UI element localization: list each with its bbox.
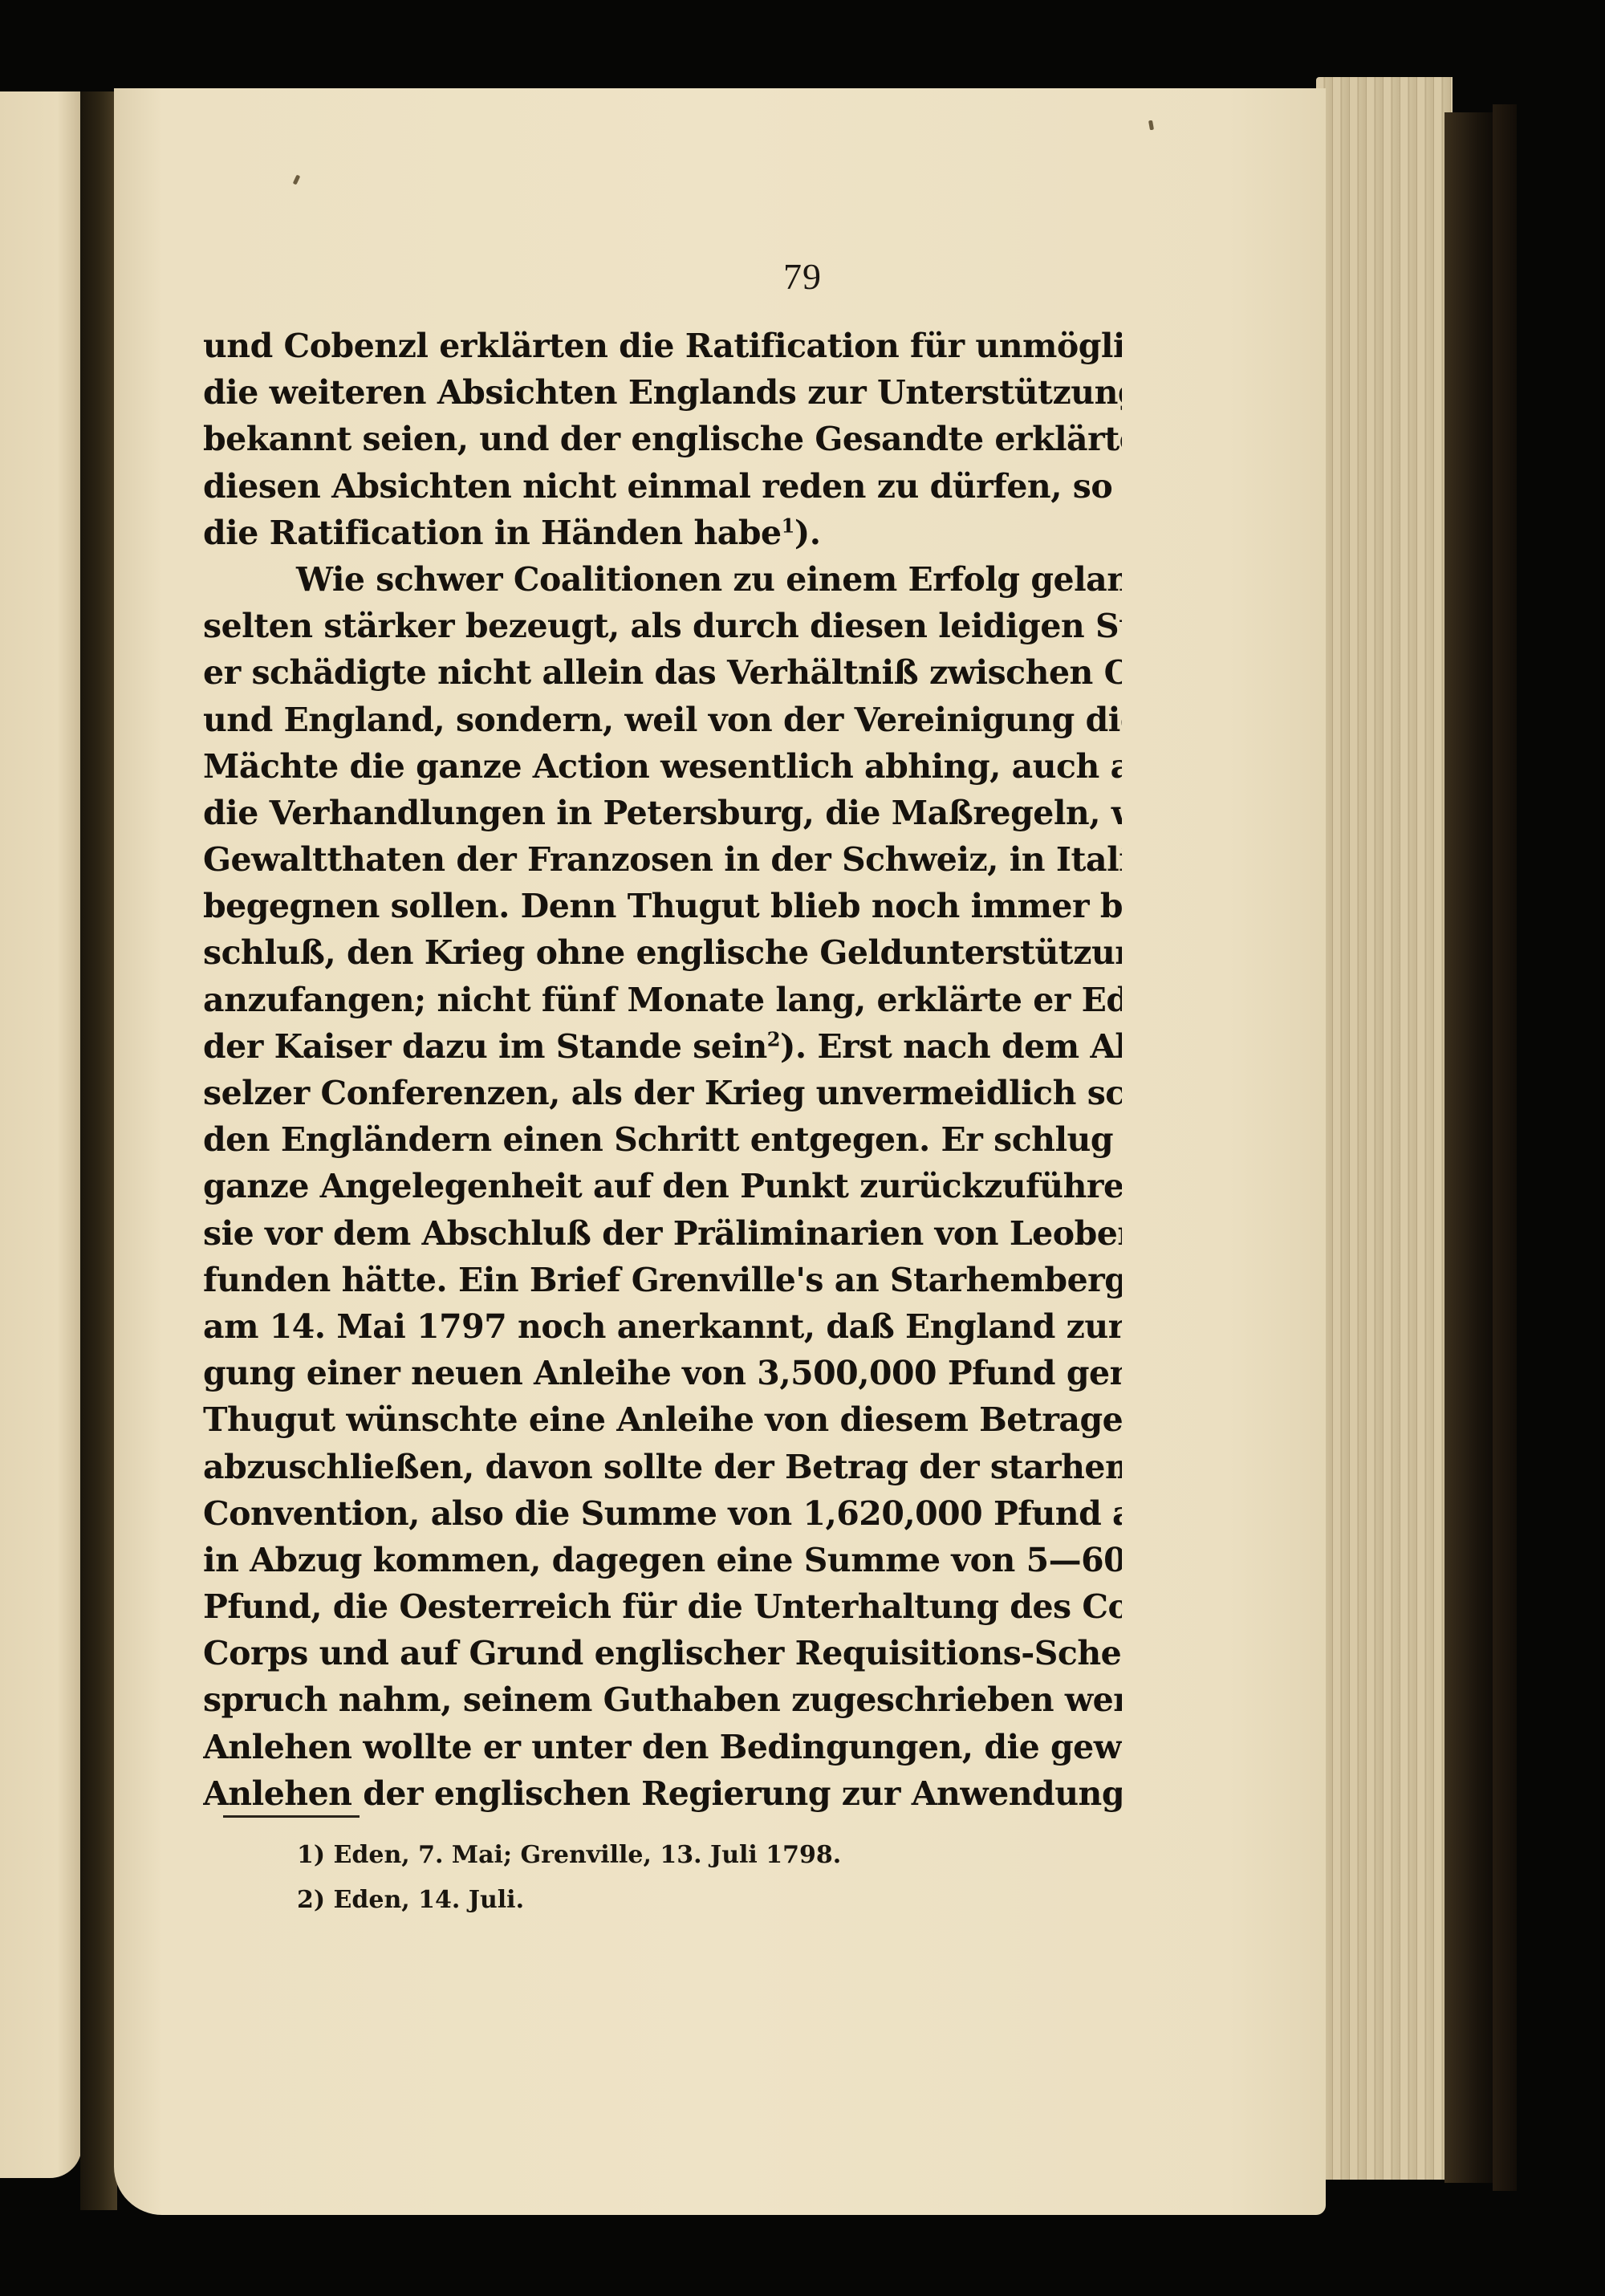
text-line-content: diesen Absichten nicht einmal reden zu d…: [203, 467, 1122, 506]
text-line-content: Thugut wünschte eine Anleihe von diesem …: [203, 1400, 1122, 1439]
text-line: bekannt seien, und der englische Gesandt…: [203, 416, 1122, 462]
page-number: 79: [0, 255, 1605, 298]
footnote: 1) Eden, 7. Mai; Grenville, 13. Juli 179…: [297, 1833, 841, 1878]
text-line: Corps und auf Grund englischer Requisiti…: [203, 1630, 1122, 1676]
text-line: der Kaiser dazu im Stande sein2). Erst n…: [203, 1023, 1122, 1070]
text-line: Gewaltthaten der Franzosen in der Schwei…: [203, 836, 1122, 883]
text-line-content: am 14. Mai 1797 noch anerkannt, daß Engl…: [203, 1307, 1122, 1346]
text-line-content: Corps und auf Grund englischer Requisiti…: [203, 1634, 1122, 1672]
text-line-content: Wie schwer Coalitionen zu einem Erfolg g…: [296, 560, 1122, 599]
text-line-content: spruch nahm, seinem Guthaben zugeschrieb…: [203, 1680, 1122, 1719]
text-line: selzer Conferenzen, als der Krieg unverm…: [203, 1070, 1122, 1116]
text-line: am 14. Mai 1797 noch anerkannt, daß Engl…: [203, 1303, 1122, 1350]
text-line: und Cobenzl erklärten die Ratification f…: [203, 323, 1122, 369]
footnote-text: Eden, 7. Mai; Grenville, 13. Juli 1798.: [334, 1841, 842, 1869]
text-line-tail: ).: [794, 514, 821, 552]
text-line: anzufangen; nicht fünf Monate lang, erkl…: [203, 977, 1122, 1023]
footnote: 2) Eden, 14. Juli.: [297, 1878, 841, 1923]
text-line: ganze Angelegenheit auf den Punkt zurück…: [203, 1163, 1122, 1209]
text-line: Thugut wünschte eine Anleihe von diesem …: [203, 1396, 1122, 1443]
text-line: funden hätte. Ein Brief Grenville's an S…: [203, 1257, 1122, 1303]
text-line: spruch nahm, seinem Guthaben zugeschrieb…: [203, 1676, 1122, 1723]
text-line: sie vor dem Abschluß der Präliminarien v…: [203, 1210, 1122, 1257]
text-line-content: die Ratification in Händen habe: [203, 514, 782, 552]
text-line: Anlehen der englischen Regierung zur Anw…: [203, 1770, 1122, 1817]
previous-page-edge: [0, 91, 82, 2178]
text-line-content: selzer Conferenzen, als der Krieg unverm…: [203, 1074, 1122, 1112]
text-line-content: der Kaiser dazu im Stande sein: [203, 1027, 767, 1066]
text-line-content: und Cobenzl erklärten die Ratification f…: [203, 327, 1122, 365]
text-line-content: Convention, also die Summe von 1,620,000…: [203, 1494, 1122, 1533]
footnote-marker: 2): [297, 1886, 334, 1914]
text-line: gung einer neuen Anleihe von 3,500,000 P…: [203, 1350, 1122, 1396]
text-line: Anlehen wollte er unter den Bedingungen,…: [203, 1724, 1122, 1770]
book-scan: 79 und Cobenzl erklärten die Ratificatio…: [0, 0, 1605, 2296]
footnote-text: Eden, 14. Juli.: [334, 1886, 525, 1914]
text-line: die weiteren Absichten Englands zur Unte…: [203, 369, 1122, 416]
text-line-content: Anlehen wollte er unter den Bedingungen,…: [203, 1728, 1122, 1766]
text-line-content: selten stärker bezeugt, als durch diesen…: [203, 607, 1122, 645]
paper-speck: [293, 175, 301, 185]
text-line-content: bekannt seien, und der englische Gesandt…: [203, 420, 1122, 458]
text-line-content: die weiteren Absichten Englands zur Unte…: [203, 373, 1122, 412]
text-line: Mächte die ganze Action wesentlich abhin…: [203, 743, 1122, 790]
text-line: Pfund, die Oesterreich für die Unterhalt…: [203, 1583, 1122, 1630]
text-line: abzuschließen, davon sollte der Betrag d…: [203, 1444, 1122, 1490]
text-line-content: begegnen sollen. Denn Thugut blieb noch …: [203, 887, 1122, 925]
text-line-content: die Verhandlungen in Petersburg, die Maß…: [203, 794, 1122, 832]
text-line-content: Gewaltthaten der Franzosen in der Schwei…: [203, 840, 1122, 879]
text-line-content: Mächte die ganze Action wesentlich abhin…: [203, 747, 1122, 786]
footnote-divider: [223, 1815, 360, 1818]
text-line-content: anzufangen; nicht fünf Monate lang, erkl…: [203, 981, 1122, 1019]
text-line: in Abzug kommen, dagegen eine Summe von …: [203, 1537, 1122, 1583]
book-cover-edge: [1493, 104, 1517, 2191]
page-block-edges: [1316, 77, 1453, 2180]
text-line-content: gung einer neuen Anleihe von 3,500,000 P…: [203, 1354, 1122, 1392]
text-line-content: ganze Angelegenheit auf den Punkt zurück…: [203, 1167, 1122, 1205]
text-line-tail: ). Erst nach dem Abbruch der: [780, 1027, 1122, 1066]
text-line: die Verhandlungen in Petersburg, die Maß…: [203, 790, 1122, 836]
text-line-content: Pfund, die Oesterreich für die Unterhalt…: [203, 1587, 1122, 1626]
paper-speck: [1148, 120, 1154, 131]
text-line-content: den Engländern einen Schritt entgegen. E…: [203, 1120, 1122, 1159]
text-line: den Engländern einen Schritt entgegen. E…: [203, 1116, 1122, 1163]
text-line-content: sie vor dem Abschluß der Präliminarien v…: [203, 1214, 1122, 1253]
footnote-marker: 1): [297, 1841, 334, 1869]
text-line-content: und England, sondern, weil von der Verei…: [203, 701, 1122, 739]
text-line: und England, sondern, weil von der Verei…: [203, 697, 1122, 743]
text-line: schluß, den Krieg ohne englische Geldunt…: [203, 929, 1122, 976]
text-line-content: abzuschließen, davon sollte der Betrag d…: [203, 1448, 1122, 1486]
text-line-content: funden hätte. Ein Brief Grenville's an S…: [203, 1261, 1122, 1299]
text-line: diesen Absichten nicht einmal reden zu d…: [203, 463, 1122, 510]
footnote-reference: 2: [767, 1027, 780, 1050]
text-line: begegnen sollen. Denn Thugut blieb noch …: [203, 883, 1122, 929]
footnotes: 1) Eden, 7. Mai; Grenville, 13. Juli 179…: [297, 1833, 841, 1923]
text-line: Convention, also die Summe von 1,620,000…: [203, 1490, 1122, 1537]
text-line: die Ratification in Händen habe1).: [203, 510, 1122, 556]
footnote-reference: 1: [782, 514, 794, 537]
text-line-content: schluß, den Krieg ohne englische Geldunt…: [203, 933, 1122, 972]
text-line-content: er schädigte nicht allein das Verhältniß…: [203, 653, 1122, 692]
text-line: Wie schwer Coalitionen zu einem Erfolg g…: [203, 556, 1122, 603]
book-gutter: [80, 91, 117, 2210]
text-line: er schädigte nicht allein das Verhältniß…: [203, 649, 1122, 696]
text-line: selten stärker bezeugt, als durch diesen…: [203, 603, 1122, 649]
text-line-content: in Abzug kommen, dagegen eine Summe von …: [203, 1541, 1122, 1579]
body-text: und Cobenzl erklärten die Ratification f…: [203, 323, 1122, 1817]
text-line-content: Anlehen der englischen Regierung zur Anw…: [203, 1774, 1122, 1813]
